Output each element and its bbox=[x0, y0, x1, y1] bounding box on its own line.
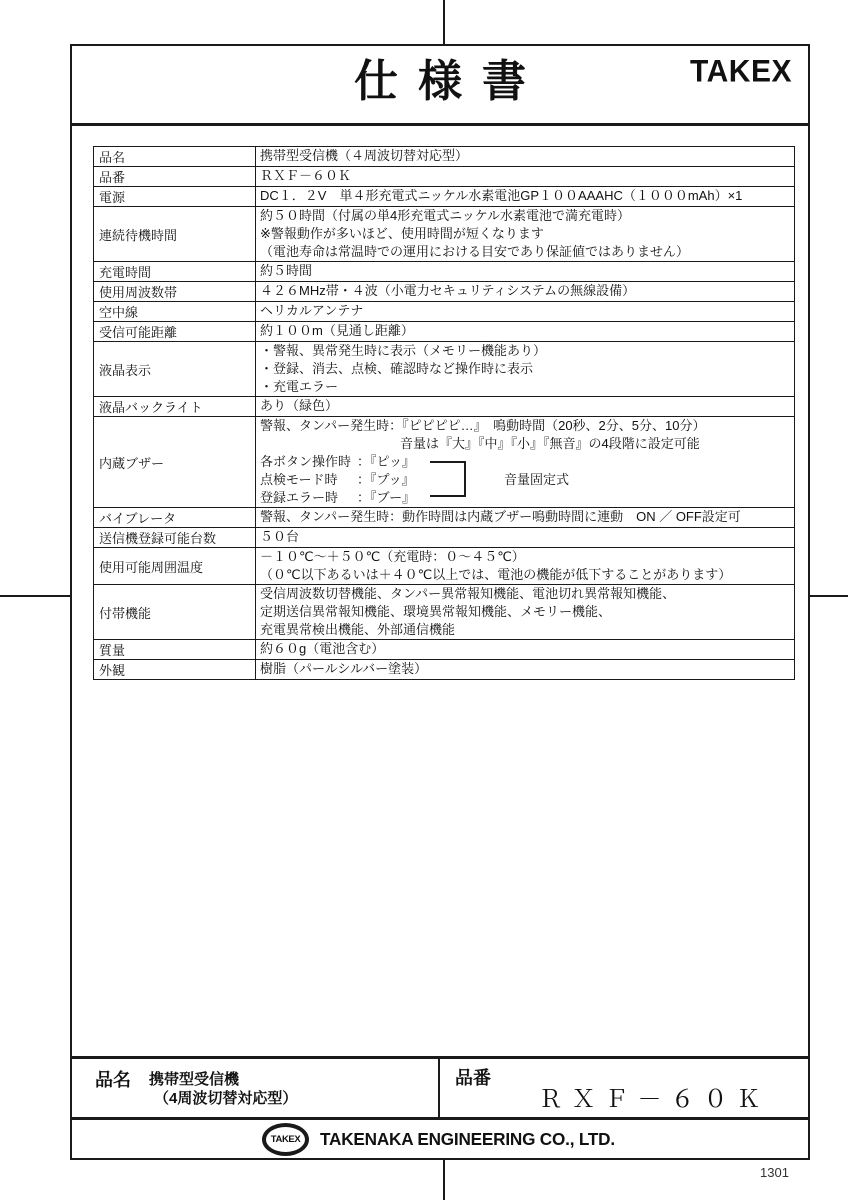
spec-row: 品名携帯型受信機（４周波切替対応型） bbox=[94, 147, 794, 167]
spec-row: 空中線ヘリカルアンテナ bbox=[94, 302, 794, 322]
spec-row-value: ４２６MHz帯・４波（小電力セキュリティシステムの無線設備） bbox=[256, 282, 794, 301]
company-footer: TAKEX TAKENAKA ENGINEERING CO., LTD. bbox=[72, 1121, 808, 1158]
spec-table: 品名携帯型受信機（４周波切替対応型）品番ＲＸＦ－６０Ｋ電源DC１．２V 単４形充… bbox=[93, 146, 795, 680]
buzzer-fixed-group: 各ボタン操作時：『ピッ』点検モード時：『プッ』登録エラー時：『ブー』音量固定式 bbox=[260, 453, 794, 507]
spec-row-value: 約５０時間（付属の単4形充電式ニッケル水素電池で満充電時）※警報動作が多いほど、… bbox=[256, 207, 794, 261]
spec-row-value: 受信周波数切替機能、タンパー異常報知機能、電池切れ異常報知機能、定期送信異常報知… bbox=[256, 585, 794, 639]
spec-line: ※警報動作が多いほど、使用時間が短くなります bbox=[260, 225, 794, 243]
product-name-line1: 携帯型受信機 bbox=[149, 1070, 297, 1089]
bracket-shape bbox=[430, 461, 466, 497]
spec-row-label: 品名 bbox=[94, 147, 256, 166]
page-number: 1301 bbox=[760, 1165, 789, 1180]
buzzer-fixed-item: 登録エラー時：『ブー』 bbox=[260, 489, 794, 507]
crop-mark-top bbox=[443, 0, 445, 46]
spec-row-value: ・警報、異常発生時に表示（メモリー機能あり）・登録、消去、点検、確認時など操作時… bbox=[256, 342, 794, 396]
spec-line: （０℃以下あるいは＋４０℃以上では、電池の機能が低下することがあります） bbox=[260, 566, 794, 584]
spec-line: 約６０g（電池含む） bbox=[260, 640, 794, 658]
spec-row-label: 使用周波数帯 bbox=[94, 282, 256, 301]
spec-row: 液晶表示・警報、異常発生時に表示（メモリー機能あり）・登録、消去、点検、確認時な… bbox=[94, 342, 794, 397]
spec-row-value: 警報、タンパー発生時：『ピピピピ…』 鳴動時間（20秒、2分、5分、10分）音量… bbox=[256, 417, 794, 507]
spec-row-value: ＲＸＦ－６０Ｋ bbox=[256, 167, 794, 186]
spec-line: （電池寿命は常温時での運用における目安であり保証値ではありません） bbox=[260, 243, 794, 261]
spec-line: DC１．２V 単４形充電式ニッケル水素電池GP１００AAAHC（１０００mAh）… bbox=[260, 187, 794, 205]
spec-line: ５０台 bbox=[260, 528, 794, 546]
spec-row-label: 空中線 bbox=[94, 302, 256, 321]
spec-line: ・充電エラー bbox=[260, 378, 794, 396]
spec-line: ４２６MHz帯・４波（小電力セキュリティシステムの無線設備） bbox=[260, 282, 794, 300]
product-model-value: ＲＸＦ－６０Ｋ bbox=[520, 1079, 788, 1114]
buzzer-item-value: ：『ピッ』 bbox=[357, 454, 415, 469]
spec-line: 充電異常検出機能、外部通信機能 bbox=[260, 621, 794, 639]
spec-row: 使用周波数帯４２６MHz帯・４波（小電力セキュリティシステムの無線設備） bbox=[94, 282, 794, 302]
spec-row-label: 液晶表示 bbox=[94, 342, 256, 396]
product-summary-box: 品名 携帯型受信機 （4周波切替対応型） 品番 ＲＸＦ－６０Ｋ bbox=[72, 1056, 808, 1120]
spec-row-label: 内蔵ブザー bbox=[94, 417, 256, 507]
buzzer-volume-line: 音量は『大』『中』『小』『無音』の4段階に設定可能 bbox=[260, 435, 794, 453]
product-name-label: 品名 bbox=[95, 1066, 131, 1092]
spec-row-label: 使用可能周囲温度 bbox=[94, 548, 256, 584]
buzzer-alarm-line: 警報、タンパー発生時：『ピピピピ…』 鳴動時間（20秒、2分、5分、10分） bbox=[260, 417, 794, 435]
spec-line: ＲＸＦ－６０Ｋ bbox=[260, 167, 794, 185]
spec-row: 質量約６０g（電池含む） bbox=[94, 640, 794, 660]
spec-row-value: ヘリカルアンテナ bbox=[256, 302, 794, 321]
title-bar: 仕様書 TAKEX bbox=[72, 46, 808, 126]
spec-row-value: 樹脂（パールシルバー塗装） bbox=[256, 660, 794, 679]
buzzer-item-value: ：『ブー』 bbox=[357, 490, 415, 505]
spec-row-label: 送信機登録可能台数 bbox=[94, 528, 256, 547]
spec-line: ・登録、消去、点検、確認時など操作時に表示 bbox=[260, 360, 794, 378]
spec-line: 樹脂（パールシルバー塗装） bbox=[260, 660, 794, 678]
document-frame: 仕様書 TAKEX 品名携帯型受信機（４周波切替対応型）品番ＲＸＦ－６０Ｋ電源D… bbox=[70, 44, 810, 1160]
spec-line: 警報、タンパー発生時：動作時間は内蔵ブザー鳴動時間に連動 ON ／ OFF設定可 bbox=[260, 508, 794, 526]
spec-line: 定期送信異常報知機能、環境異常報知機能、メモリー機能、 bbox=[260, 603, 794, 621]
spec-line: 携帯型受信機（４周波切替対応型） bbox=[260, 147, 794, 165]
spec-row-label: 付帯機能 bbox=[94, 585, 256, 639]
product-model-cell: 品番 ＲＸＦ－６０Ｋ bbox=[440, 1059, 808, 1117]
spec-row-label: 連続待機時間 bbox=[94, 207, 256, 261]
spec-line: 約５０時間（付属の単4形充電式ニッケル水素電池で満充電時） bbox=[260, 207, 794, 225]
brand-logo-text: TAKEX bbox=[690, 54, 792, 90]
takex-oval-logo-icon: TAKEX bbox=[262, 1123, 309, 1156]
spec-line: ・警報、異常発生時に表示（メモリー機能あり） bbox=[260, 342, 794, 360]
spec-row: 付帯機能受信周波数切替機能、タンパー異常報知機能、電池切れ異常報知機能、定期送信… bbox=[94, 585, 794, 640]
crop-mark-bottom bbox=[443, 1158, 445, 1200]
spec-line: 約５時間 bbox=[260, 262, 794, 280]
spec-row: 液晶バックライトあり（緑色） bbox=[94, 397, 794, 417]
spec-line: ヘリカルアンテナ bbox=[260, 302, 794, 320]
spec-line: 受信周波数切替機能、タンパー異常報知機能、電池切れ異常報知機能、 bbox=[260, 585, 794, 603]
buzzer-item-value: ：『プッ』 bbox=[357, 472, 415, 487]
crop-mark-left bbox=[0, 595, 79, 597]
spec-row: 連続待機時間約５０時間（付属の単4形充電式ニッケル水素電池で満充電時）※警報動作… bbox=[94, 207, 794, 262]
spec-row: 送信機登録可能台数５０台 bbox=[94, 528, 794, 548]
spec-row-label: 外観 bbox=[94, 660, 256, 679]
buzzer-item-label: 登録エラー時 bbox=[260, 489, 357, 507]
spec-line: あり（緑色） bbox=[260, 397, 794, 415]
spec-row-value: 携帯型受信機（４周波切替対応型） bbox=[256, 147, 794, 166]
crop-mark-right bbox=[809, 595, 848, 597]
spec-row-value: －１０℃～＋５０℃（充電時：０～４５℃）（０℃以下あるいは＋４０℃以上では、電池… bbox=[256, 548, 794, 584]
spec-row-label: 質量 bbox=[94, 640, 256, 659]
spec-row-label: 受信可能距離 bbox=[94, 322, 256, 341]
spec-row-label: 充電時間 bbox=[94, 262, 256, 281]
spec-row-value: 約１００m（見通し距離） bbox=[256, 322, 794, 341]
spec-row-label: 電源 bbox=[94, 187, 256, 206]
spec-row: 外観樹脂（パールシルバー塗装） bbox=[94, 660, 794, 679]
spec-row: 充電時間約５時間 bbox=[94, 262, 794, 282]
product-name-value: 携帯型受信機 （4周波切替対応型） bbox=[149, 1070, 297, 1108]
spec-line: 約１００m（見通し距離） bbox=[260, 322, 794, 340]
company-name: TAKENAKA ENGINEERING CO., LTD. bbox=[320, 1129, 615, 1150]
buzzer-item-label: 点検モード時 bbox=[260, 471, 357, 489]
spec-row-value: 約６０g（電池含む） bbox=[256, 640, 794, 659]
spec-row: 内蔵ブザー警報、タンパー発生時：『ピピピピ…』 鳴動時間（20秒、2分、5分、1… bbox=[94, 417, 794, 508]
spec-row-value: あり（緑色） bbox=[256, 397, 794, 416]
buzzer-fixed-item: 各ボタン操作時：『ピッ』 bbox=[260, 453, 794, 471]
spec-row-label: 品番 bbox=[94, 167, 256, 186]
spec-row: 品番ＲＸＦ－６０Ｋ bbox=[94, 167, 794, 187]
spec-row-value: 約５時間 bbox=[256, 262, 794, 281]
spec-row-label: 液晶バックライト bbox=[94, 397, 256, 416]
spec-line: －１０℃～＋５０℃（充電時：０～４５℃） bbox=[260, 548, 794, 566]
spec-row: 電源DC１．２V 単４形充電式ニッケル水素電池GP１００AAAHC（１０００mA… bbox=[94, 187, 794, 207]
spec-row-value: 警報、タンパー発生時：動作時間は内蔵ブザー鳴動時間に連動 ON ／ OFF設定可 bbox=[256, 508, 794, 527]
product-name-line2: （4周波切替対応型） bbox=[149, 1089, 297, 1108]
spec-row: 使用可能周囲温度－１０℃～＋５０℃（充電時：０～４５℃）（０℃以下あるいは＋４０… bbox=[94, 548, 794, 585]
product-name-cell: 品名 携帯型受信機 （4周波切替対応型） bbox=[72, 1059, 440, 1117]
spec-row-value: DC１．２V 単４形充電式ニッケル水素電池GP１００AAAHC（１０００mAh）… bbox=[256, 187, 794, 206]
spec-row: 受信可能距離約１００m（見通し距離） bbox=[94, 322, 794, 342]
spec-row: バイブレータ警報、タンパー発生時：動作時間は内蔵ブザー鳴動時間に連動 ON ／ … bbox=[94, 508, 794, 528]
spec-row-value: ５０台 bbox=[256, 528, 794, 547]
buzzer-item-label: 各ボタン操作時 bbox=[260, 453, 357, 471]
buzzer-bracket-label: 音量固定式 bbox=[504, 471, 569, 489]
product-model-label: 品番 bbox=[455, 1064, 491, 1090]
spec-row-label: バイブレータ bbox=[94, 508, 256, 527]
